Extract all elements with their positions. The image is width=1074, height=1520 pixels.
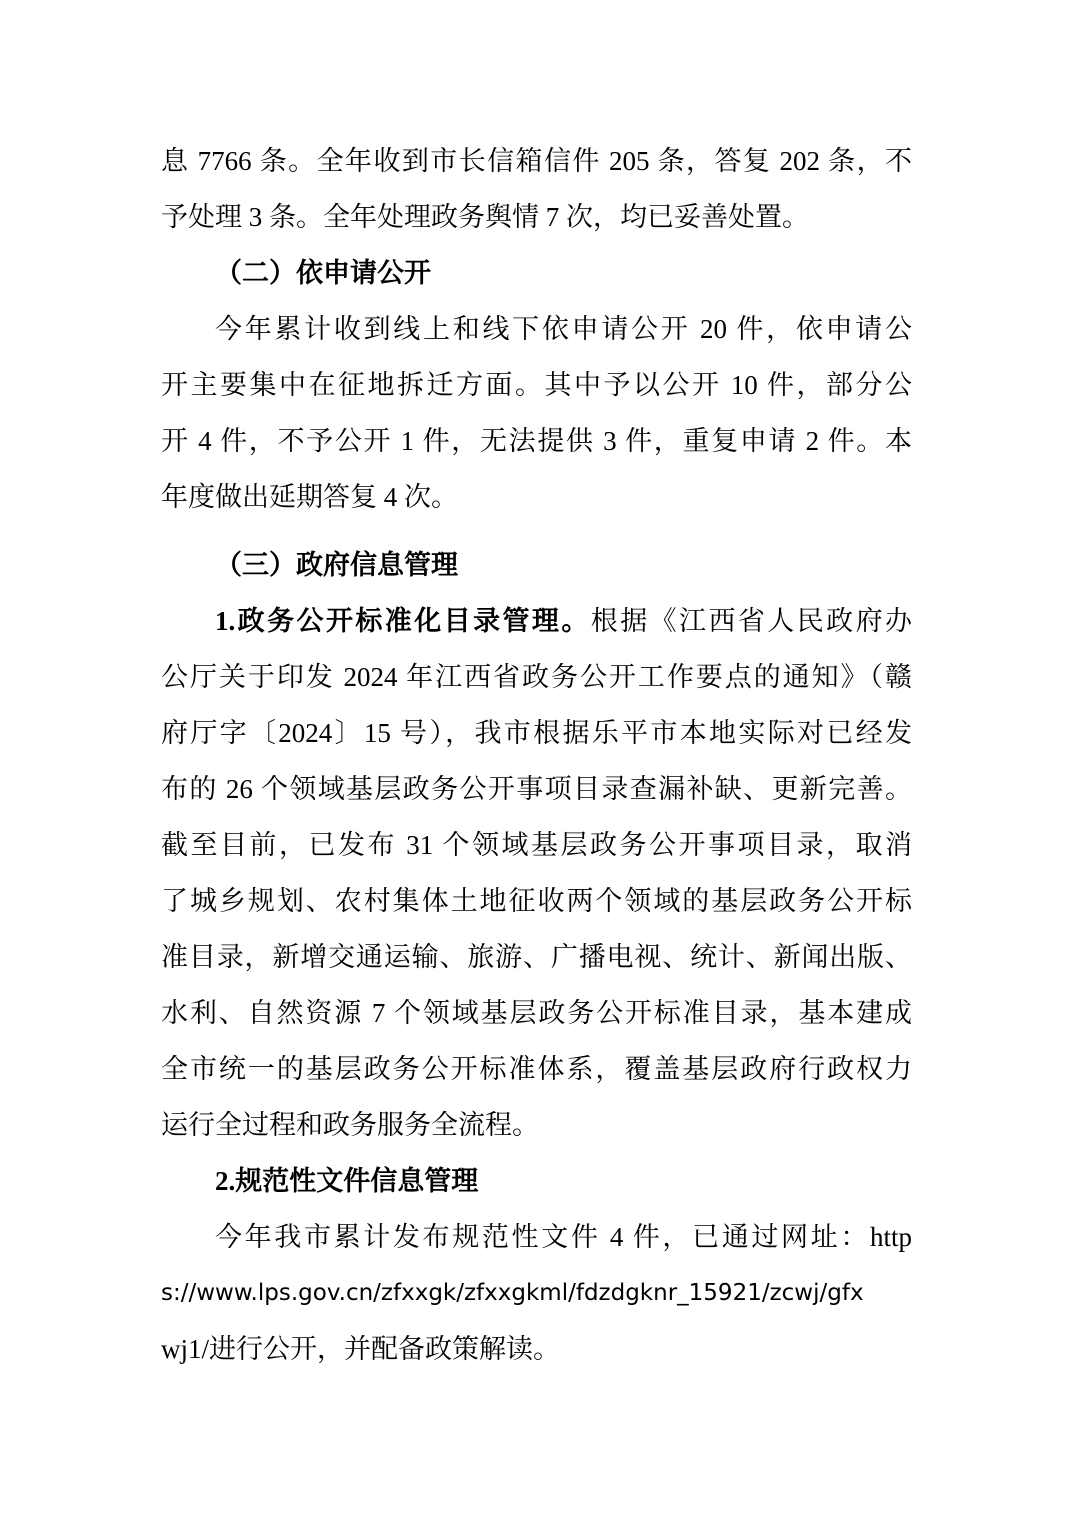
- numbered-subheading-1: 1.政务公开标准化目录管理。: [215, 606, 591, 636]
- body-line: 年度做出延期答复 4 次。: [161, 469, 912, 525]
- body-line: 了城乡规划、农村集体土地征收两个领域的基层政务公开标: [161, 873, 912, 929]
- body-line: 息 7766 条。全年收到市长信箱信件 205 条，答复 202 条，不: [161, 133, 912, 189]
- body-line: 开 4 件，不予公开 1 件，无法提供 3 件，重复申请 2 件。本: [161, 413, 912, 469]
- body-line: 今年累计收到线上和线下依申请公开 20 件，依申请公: [161, 301, 912, 357]
- document-page: 息 7766 条。全年收到市长信箱信件 205 条，答复 202 条，不 予处理…: [0, 0, 1074, 1520]
- body-line: 截至目前，已发布 31 个领域基层政务公开事项目录，取消: [161, 817, 912, 873]
- numbered-subheading-2: 2.规范性文件信息管理: [161, 1153, 912, 1209]
- body-line: 公厅关于印发 2024 年江西省政务公开工作要点的通知》（赣: [161, 649, 912, 705]
- body-line: 全市统一的基层政务公开标准体系，覆盖基层政府行政权力: [161, 1041, 912, 1097]
- body-text: 根据《江西省人民政府办: [591, 606, 912, 636]
- body-line: wj1/进行公开，并配备政策解读。: [161, 1321, 912, 1377]
- section-heading-2: （二）依申请公开: [161, 245, 912, 301]
- body-line: 水利、自然资源 7 个领域基层政务公开标准目录，基本建成: [161, 985, 912, 1041]
- document-text-block: 息 7766 条。全年收到市长信箱信件 205 条，答复 202 条，不 予处理…: [161, 133, 912, 1377]
- section-heading-3: （三）政府信息管理: [161, 537, 912, 593]
- url-line: s://www.lps.gov.cn/zfxxgk/zfxxgkml/fdzdg…: [161, 1265, 912, 1321]
- body-line: 布的 26 个领域基层政务公开事项目录查漏补缺、更新完善。: [161, 761, 912, 817]
- body-line: 运行全过程和政务服务全流程。: [161, 1097, 912, 1153]
- body-line: 予处理 3 条。全年处理政务舆情 7 次，均已妥善处置。: [161, 189, 912, 245]
- body-line: 1.政务公开标准化目录管理。根据《江西省人民政府办: [161, 593, 912, 649]
- body-line: 今年我市累计发布规范性文件 4 件，已通过网址：http: [161, 1209, 912, 1265]
- body-line: 准目录，新增交通运输、旅游、广播电视、统计、新闻出版、: [161, 929, 912, 985]
- body-line: 府厅字〔2024〕15 号），我市根据乐平市本地实际对已经发: [161, 705, 912, 761]
- body-line: 开主要集中在征地拆迁方面。其中予以公开 10 件，部分公: [161, 357, 912, 413]
